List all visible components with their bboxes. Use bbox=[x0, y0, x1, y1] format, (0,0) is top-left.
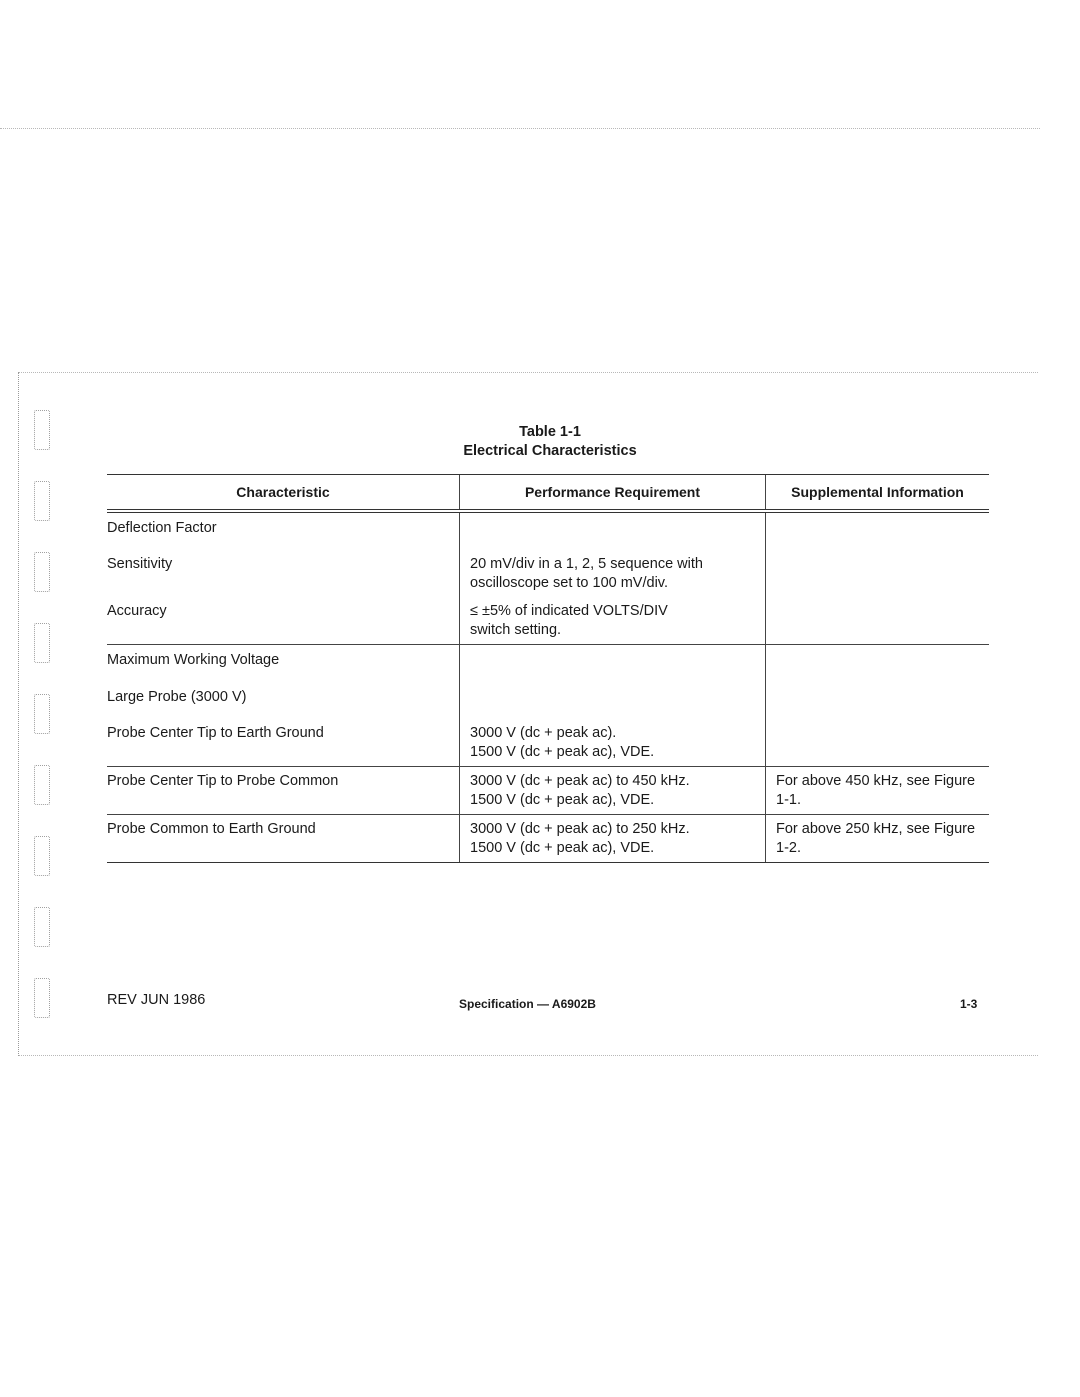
table-title: Electrical Characteristics bbox=[400, 442, 700, 461]
performance-line: 3000 V (dc + peak ac) to 450 kHz. bbox=[470, 772, 765, 791]
cell-characteristic: Deflection Factor bbox=[107, 511, 460, 550]
table-number: Table 1-1 bbox=[400, 423, 700, 442]
performance-line: 20 mV/div in a 1, 2, 5 sequence with bbox=[470, 555, 765, 574]
cell-characteristic: Probe Common to Earth Ground bbox=[107, 815, 460, 863]
column-header-performance: Performance Requirement bbox=[460, 475, 766, 512]
cell-performance: 3000 V (dc + peak ac).1500 V (dc + peak … bbox=[460, 719, 766, 767]
performance-line: 1500 V (dc + peak ac), VDE. bbox=[470, 743, 765, 762]
page-border-top-dotted bbox=[0, 128, 1040, 129]
binder-hole-mark bbox=[34, 836, 50, 876]
binder-hole-mark bbox=[34, 765, 50, 805]
cell-supplemental bbox=[766, 511, 990, 550]
cell-performance bbox=[460, 511, 766, 550]
table-row: Maximum Working Voltage bbox=[107, 645, 989, 683]
electrical-characteristics-table: Characteristic Performance Requirement S… bbox=[107, 474, 989, 863]
cell-supplemental: For above 250 kHz, see Figure 1-2. bbox=[766, 815, 990, 863]
cell-supplemental bbox=[766, 719, 990, 767]
cell-characteristic: Probe Center Tip to Earth Ground bbox=[107, 719, 460, 767]
cell-supplemental bbox=[766, 645, 990, 683]
binder-hole-mark bbox=[34, 978, 50, 1018]
page-border-bottom-dotted bbox=[18, 1055, 1038, 1056]
binder-hole-mark bbox=[34, 410, 50, 450]
binder-hole-mark bbox=[34, 694, 50, 734]
cell-characteristic: Large Probe (3000 V) bbox=[107, 682, 460, 719]
footer-document-title: Specification — A6902B bbox=[459, 997, 596, 1011]
cell-performance bbox=[460, 645, 766, 683]
table-row: Deflection Factor bbox=[107, 511, 989, 550]
binder-hole-mark bbox=[34, 552, 50, 592]
cell-supplemental: For above 450 kHz, see Figure 1-1. bbox=[766, 767, 990, 815]
binder-hole-mark bbox=[34, 481, 50, 521]
performance-line: oscilloscope set to 100 mV/div. bbox=[470, 574, 765, 593]
cell-performance: 3000 V (dc + peak ac) to 450 kHz.1500 V … bbox=[460, 767, 766, 815]
table-row: Large Probe (3000 V) bbox=[107, 682, 989, 719]
cell-characteristic: Probe Center Tip to Probe Common bbox=[107, 767, 460, 815]
cell-performance: 20 mV/div in a 1, 2, 5 sequence withosci… bbox=[460, 550, 766, 597]
page-border-upper-dotted bbox=[18, 372, 1038, 373]
performance-line: switch setting. bbox=[470, 621, 765, 640]
column-header-supplemental: Supplemental Information bbox=[766, 475, 990, 512]
cell-characteristic: Maximum Working Voltage bbox=[107, 645, 460, 683]
table-header-row: Characteristic Performance Requirement S… bbox=[107, 475, 989, 512]
performance-line: 1500 V (dc + peak ac), VDE. bbox=[470, 791, 765, 810]
cell-performance: 3000 V (dc + peak ac) to 250 kHz.1500 V … bbox=[460, 815, 766, 863]
cell-performance: ≤ ±5% of indicated VOLTS/DIVswitch setti… bbox=[460, 597, 766, 645]
cell-characteristic: Accuracy bbox=[107, 597, 460, 645]
cell-supplemental bbox=[766, 597, 990, 645]
table-row: Sensitivity20 mV/div in a 1, 2, 5 sequen… bbox=[107, 550, 989, 597]
cell-characteristic: Sensitivity bbox=[107, 550, 460, 597]
column-header-characteristic: Characteristic bbox=[107, 475, 460, 512]
cell-supplemental bbox=[766, 682, 990, 719]
cell-supplemental bbox=[766, 550, 990, 597]
cell-performance bbox=[460, 682, 766, 719]
table-row: Accuracy≤ ±5% of indicated VOLTS/DIVswit… bbox=[107, 597, 989, 645]
performance-line: 3000 V (dc + peak ac) to 250 kHz. bbox=[470, 820, 765, 839]
table-row: Probe Center Tip to Probe Common3000 V (… bbox=[107, 767, 989, 815]
page-border-left-dotted bbox=[18, 372, 19, 1056]
performance-line: 3000 V (dc + peak ac). bbox=[470, 724, 765, 743]
binder-hole-mark bbox=[34, 907, 50, 947]
performance-line: ≤ ±5% of indicated VOLTS/DIV bbox=[470, 602, 765, 621]
table-row: Probe Common to Earth Ground3000 V (dc +… bbox=[107, 815, 989, 863]
binder-hole-mark bbox=[34, 623, 50, 663]
table-row: Probe Center Tip to Earth Ground3000 V (… bbox=[107, 719, 989, 767]
performance-line: 1500 V (dc + peak ac), VDE. bbox=[470, 839, 765, 858]
footer-page-number: 1-3 bbox=[960, 997, 977, 1011]
footer-revision: REV JUN 1986 bbox=[107, 992, 205, 1008]
